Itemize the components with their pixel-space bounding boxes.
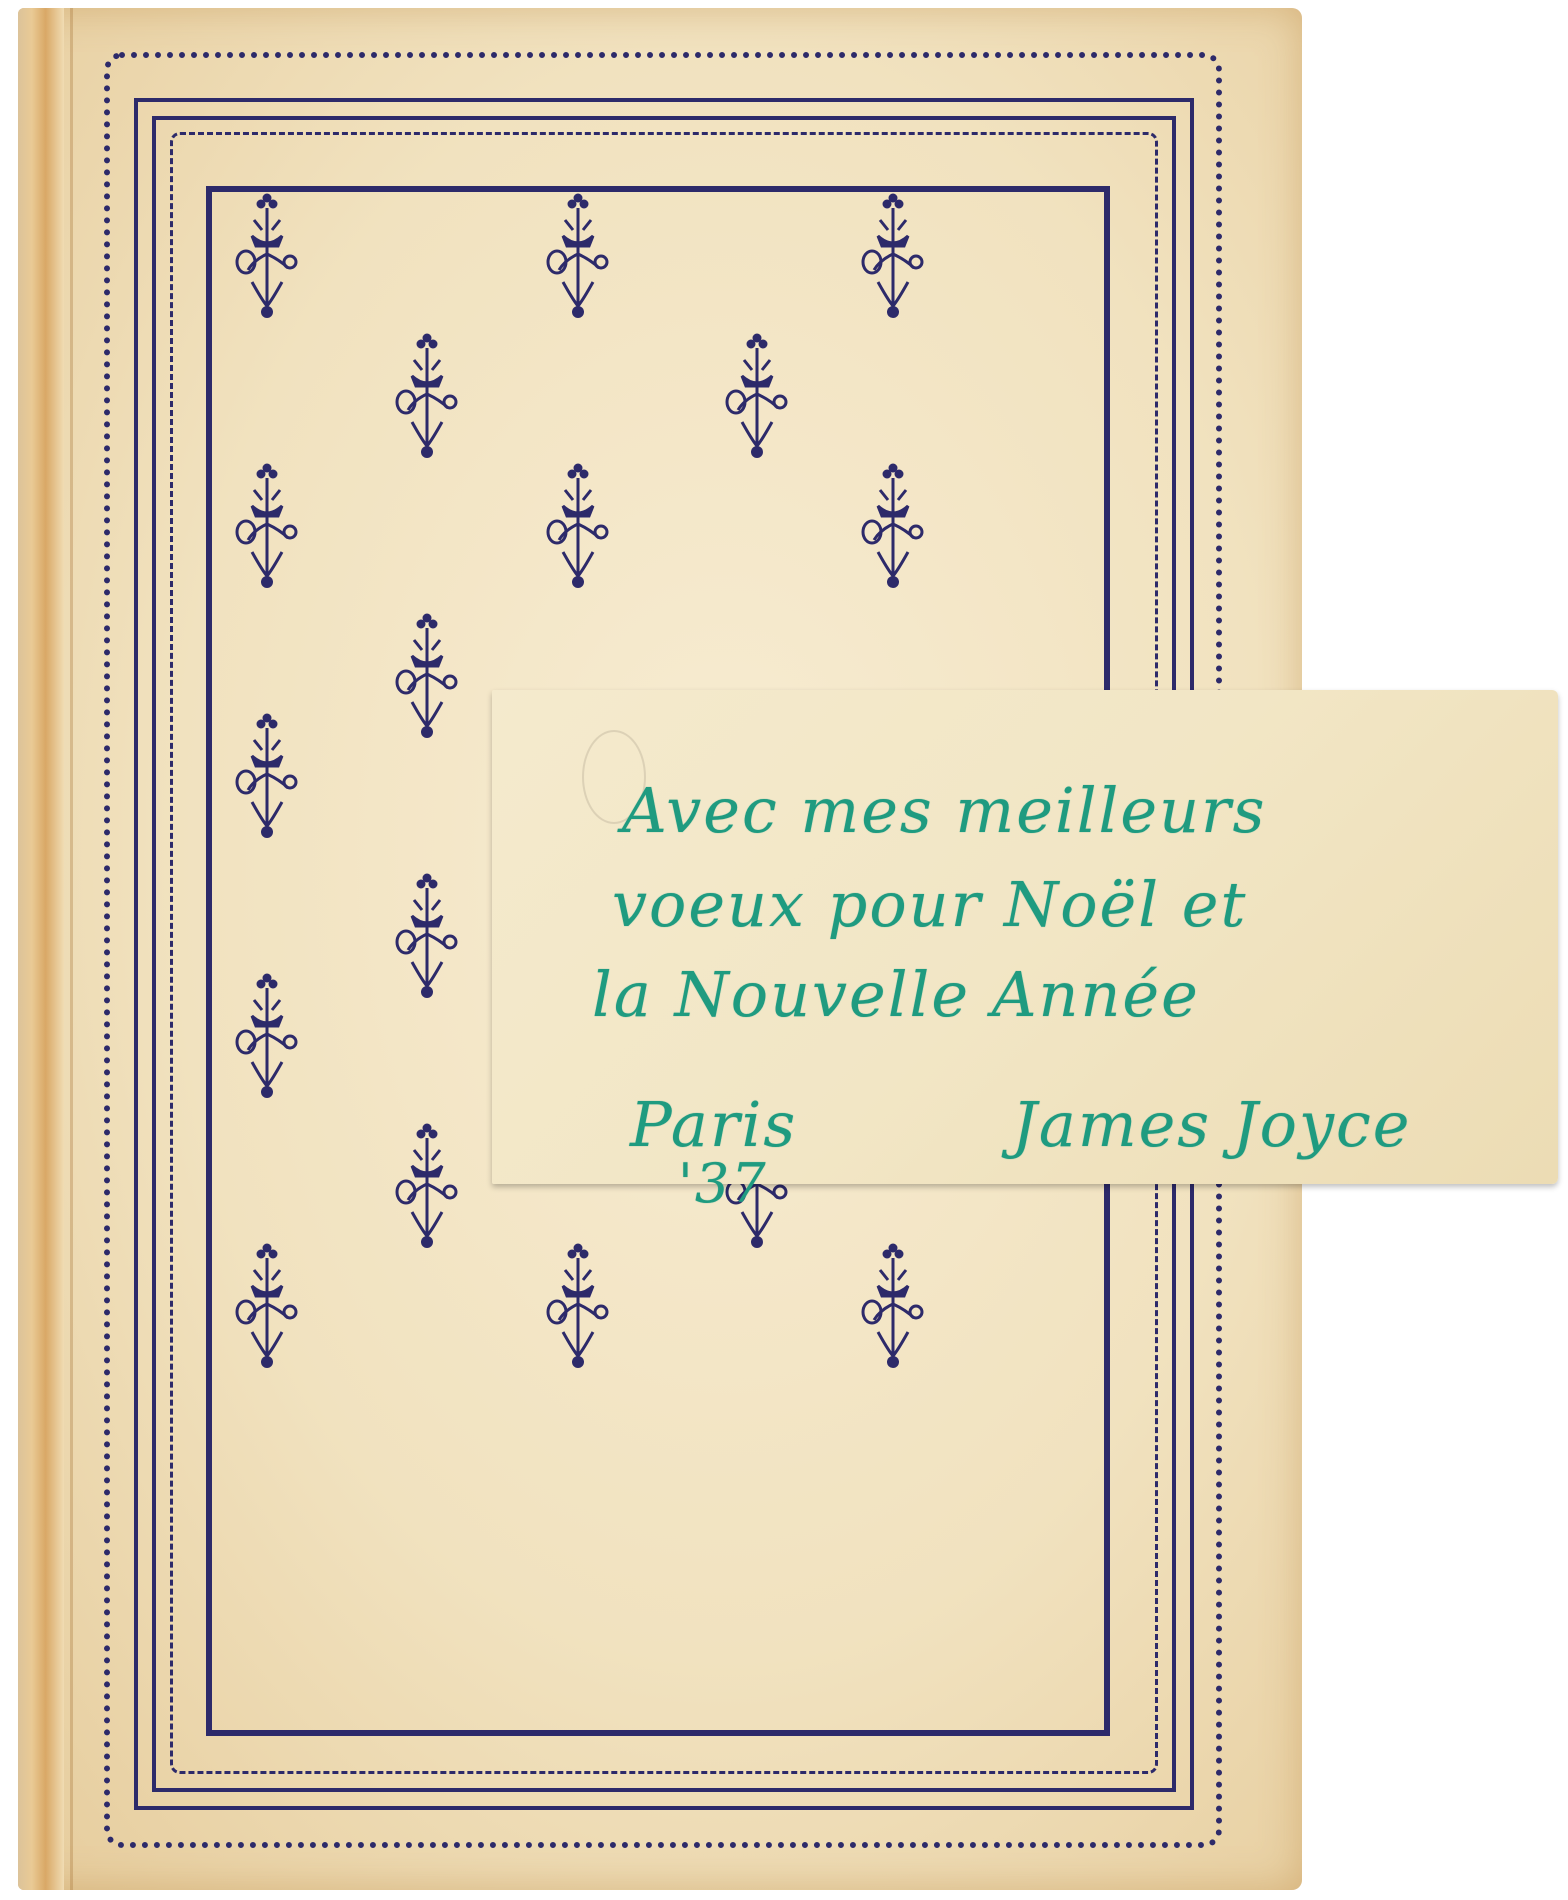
floral-sprig-icon [858, 460, 928, 590]
book-spine [18, 8, 64, 1890]
inscription-place: Paris [630, 1088, 797, 1161]
inscription-year: '37 [678, 1152, 768, 1215]
floral-sprig-icon [543, 190, 613, 320]
floral-sprig-icon [392, 610, 462, 740]
floral-sprig-icon [232, 710, 302, 840]
inscription-line-2: voeux pour Noël et [612, 868, 1247, 941]
floral-sprig-icon [722, 330, 792, 460]
floral-sprig-icon [232, 190, 302, 320]
floral-sprig-icon [232, 460, 302, 590]
floral-sprig-icon [392, 330, 462, 460]
floral-sprig-icon [232, 1240, 302, 1370]
floral-sprig-icon [392, 1120, 462, 1250]
inscription-line-1: Avec mes meilleurs [622, 774, 1266, 847]
inscribed-card: Avec mes meilleurs voeux pour Noël et la… [492, 690, 1558, 1184]
floral-sprig-icon [858, 1240, 928, 1370]
floral-sprig-icon [232, 970, 302, 1100]
signature: James Joyce [1012, 1088, 1411, 1161]
spine-hinge [70, 8, 73, 1890]
floral-sprig-icon [858, 190, 928, 320]
floral-sprig-icon [392, 870, 462, 1000]
floral-sprig-icon [543, 1240, 613, 1370]
floral-sprig-icon [543, 460, 613, 590]
inscription-line-3: la Nouvelle Année [592, 958, 1200, 1031]
